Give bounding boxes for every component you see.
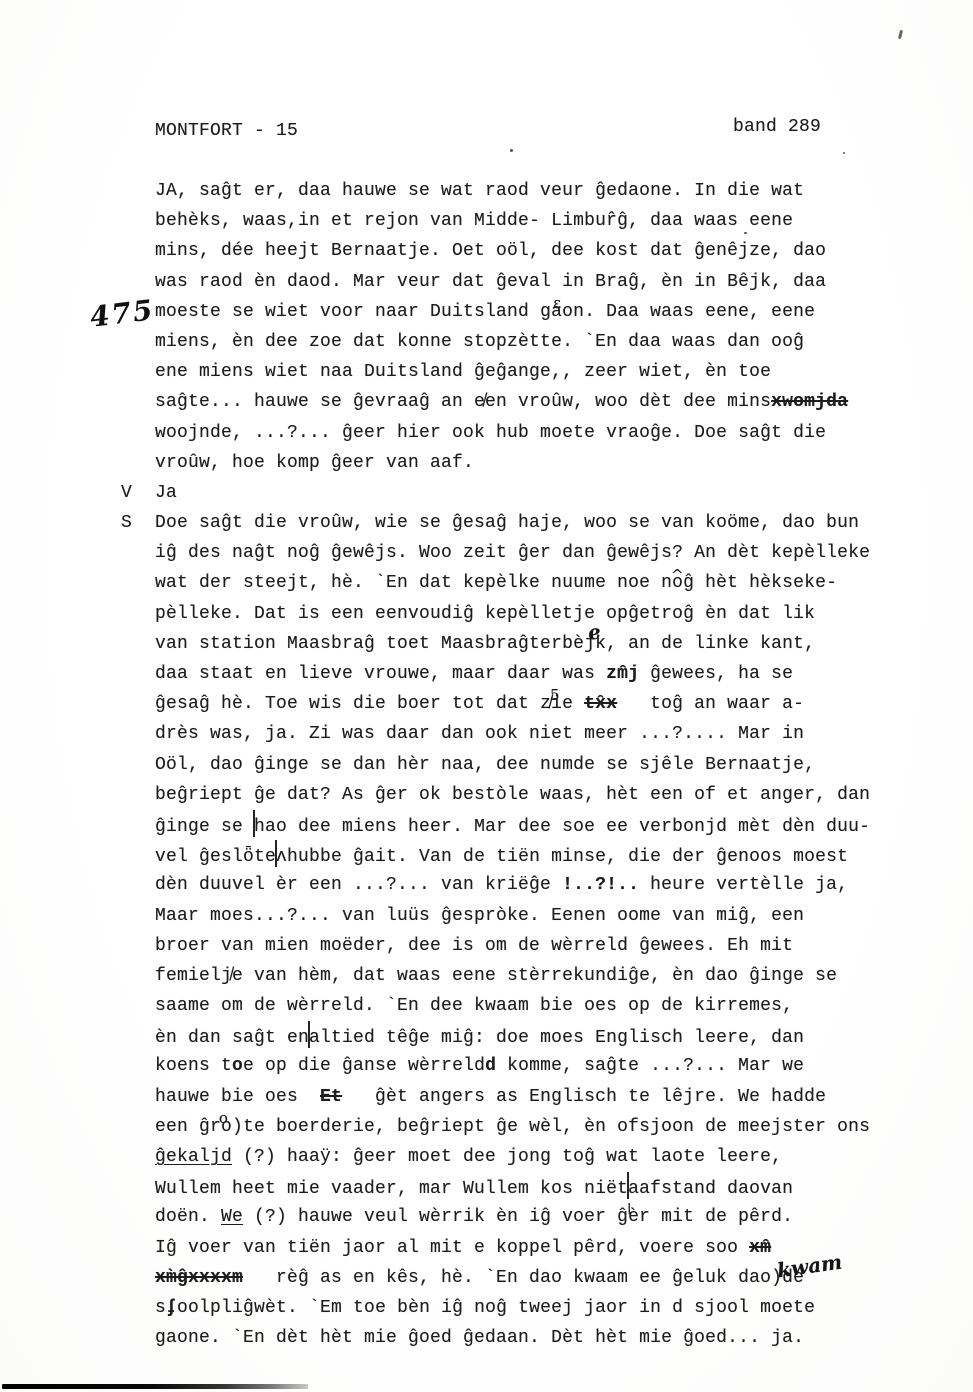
text-segment: oolpliĝwèt. `Em toe bèn iĝ noĝ tweej jao… [177,1298,815,1318]
text-segment: èn dan saĝt en [155,1028,309,1048]
text-segment: Maar moes...?... van luüs ĝespròke. Eene… [155,906,804,926]
text-segment: doën. [155,1207,221,1227]
text-segment: broer van mien moëder, dee is om de wèrr… [155,936,793,956]
transcript-line: broer van mien moëder, dee is om de wèrr… [121,931,951,961]
text-segment: altied têĝe miĝ: doe moes Englisch leere… [309,1028,804,1048]
line-text: ĝinge se hao dee miens heer. Mar dee soe… [155,817,870,837]
text-segment: komme, saĝte ...?... Mar we [496,1056,804,1076]
text-segment: femielj̸e van hèm, dat waas eene stèrrek… [155,966,837,986]
overstruck-text: xm̂ [749,1238,771,1258]
line-text: ene miens wiet naa Duitsland ĝeĝange,, z… [155,362,771,382]
transcript-line: ene miens wiet naa Duitsland ĝeĝange,, z… [121,357,951,387]
overstruck-text: Et [320,1087,342,1107]
text-segment: drès was, ja. Zi was daar dan ook niet m… [155,724,804,744]
text-segment: aafstand daovan [628,1179,793,1199]
text-segment: ene miens wiet naa Duitsland ĝeĝange,, z… [155,362,771,382]
text-segment: daa staat en lieve vrouwe, maar daar was [155,664,606,684]
line-text: van station Maasbraĝ toet Maasbraĝterbèj… [155,634,815,654]
transcript-line: SDoe saĝt die vroûw, wie se ĝesaĝ haje, … [121,508,951,538]
text-segment: vel ĝeslȫte [155,847,276,867]
text-segment: s [155,1298,166,1318]
line-text: drès was, ja. Zi was daar dan ook niet m… [155,724,804,744]
line-text: ĝekaljd (?) haaÿ: ĝeer moet dee jong toĝ… [155,1147,782,1167]
text-segment: Doe saĝt die vroûw, wie se ĝesaĝ haje, w… [155,513,859,533]
text-segment: hauwe bie oes [155,1087,320,1107]
line-text: femielj̸e van hèm, dat waas eene stèrrek… [155,966,837,986]
transcript-line: een ĝro)teo boerderie, beĝriept ĝe wèl, … [121,1112,951,1142]
overstruck-text: tx̂x [584,694,617,714]
line-text: een ĝro)teo boerderie, beĝriept ĝe wèl, … [155,1117,870,1137]
speaker-label: S [121,508,132,538]
transcript-line: vroûw, hoe komp ĝeer van aaf. [121,448,951,478]
transcript-line: saĝte... hauwe se ĝevraaĝ an e̸en vroûw,… [121,387,951,417]
transcript-line: Wullem heet mie vaader, mar Wullem kos n… [121,1172,951,1202]
text-segment: ĝèt angers as Englisch te lêjre. We hadd… [342,1087,826,1107]
text-segment: hao dee miens heer. Mar dee soe ee verbo… [254,817,870,837]
transcript-line: miens, èn dee zoe dat konne stopzètte. `… [121,327,951,357]
line-text: beĝriept ĝe dat? As ĝer ok bestòle waas,… [155,785,870,805]
line-text: ĝesaĝ hè. Toe wis die boer tot dat z̸ie5… [155,694,804,714]
scan-edge-artifact [2,1384,308,1389]
text-segment: pèlleke. Dat is een eenvoudiĝ kepèlletje… [155,604,815,624]
line-text: broer van mien moëder, dee is om de wèrr… [155,936,793,956]
transcript-line: wat der steejt, hè. `En dat kepèlke nuum… [121,568,951,598]
line-text: Iĝ voer van tiën jaor al mit e koppel pê… [155,1238,771,1258]
text-segment: d [485,1056,496,1076]
text-segment: gaone. `En dèt hèt mie ĝoed ĝedaan. Dèt … [155,1328,804,1348]
text-segment: , an de linke kant, [606,634,815,654]
line-text: Maar moes...?... van luüs ĝespròke. Eene… [155,906,804,926]
transcript-line: drès was, ja. Zi was daar dan ook niet m… [121,719,951,749]
line-text: was raod èn daod. Mar veur dat ĝeval in … [155,272,826,292]
transcript-line: femielj̸e van hèm, dat waas eene stèrrek… [121,961,951,991]
text-segment: zm̂j [606,664,639,684]
text-segment: (?) haaÿ: ĝeer moet dee jong toĝ wat lao… [232,1147,782,1167]
text-segment: moeste se wiet voor naar Duitsland [155,302,540,322]
text-segment: iĝ des naĝt noĝ ĝewêjs. Woo zeit ĝer dan… [155,543,870,563]
text-segment: was raod èn daod. Mar veur dat ĝeval in … [155,272,826,292]
text-segment: Ja [155,483,177,503]
transcript-line: iĝ des naĝt noĝ ĝewêjs. Woo zeit ĝer dan… [121,538,951,568]
transcript-line: vel ĝeslȫteʌhubbe ĝait. Van de tiën mins… [121,840,951,870]
text-segment: ĝro)teo [199,1117,265,1137]
text-segment: mins, dée heejt Bernaatje. Oet oöl, dee … [155,241,826,261]
transcript-line: behèks, waas,in et rejon van Midde- Limb… [121,206,951,236]
transcript-line: saame om de wèrreld. `En dee kwaam bie o… [121,991,951,1021]
handwritten-annotation: ǀ [627,1202,631,1217]
line-text: moeste se wiet voor naar Duitsland gaonε… [155,302,815,322]
line-text: doën. We (?) hauwe veul wèrrik èn iĝ voe… [155,1207,793,1227]
text-segment: woojnde, ...?... ĝeer hier ook hub moete… [155,423,826,443]
text-segment: koens t [155,1056,232,1076]
text-segment: een [155,1117,199,1137]
text-segment: saĝte... hauwe se ĝevraaĝ an e̸en vroûw,… [155,392,771,412]
line-text: pèlleke. Dat is een eenvoudiĝ kepèlletje… [155,604,815,624]
transcript-line: sʄoolpliĝwèt. `Em toe bèn iĝ noĝ tweej j… [121,1293,951,1323]
handwritten-annotation: o [219,1111,228,1126]
line-text: Oöl, dao ĝinge se dan hèr naa, dee numde… [155,755,815,775]
text-segment: hèt hèkseke- [694,573,837,593]
text-segment: (?) hauwe veul wèrrik èn iĝ voer [243,1207,617,1227]
text-segment: dèn duuvel èr een ...?... van kriëĝe [155,875,562,895]
line-text: saame om de wèrreld. `En dee kwaam bie o… [155,996,793,1016]
line-text: sʄoolpliĝwèt. `Em toe bèn iĝ noĝ tweej j… [155,1298,815,1318]
overstruck-text: xm̀ĝxxxxm [155,1268,243,1288]
text-segment: . Daa waas eene, eene [584,302,815,322]
handwritten-annotation: ε [553,296,561,311]
text-segment: Oöl, dao ĝinge se dan hèr naa, dee numde… [155,755,815,775]
transcript-line: daa staat en lieve vrouwe, maar daar was… [121,659,951,689]
line-text: Wullem heet mie vaader, mar Wullem kos n… [155,1179,793,1199]
line-text: iĝ des naĝt noĝ ĝewêjs. Woo zeit ĝer dan… [155,543,870,563]
transcript-line: Maar moes...?... van luüs ĝespròke. Eene… [121,901,951,931]
text-segment: rèĝ as en kês, hè. `En dao kwaam ee ĝelu… [243,1268,771,1288]
text-segment: We [221,1207,243,1227]
text-segment: o [232,1056,243,1076]
text-segment: behèks, waas,in et rejon van Midde- Limb… [155,211,793,231]
text-segment: wat der steejt, hè. `En dat kepèlke nuum… [155,573,661,593]
text-segment: jke [584,634,606,654]
transcript-line: doën. We (?) hauwe veul wèrrik èn iĝ voe… [121,1202,951,1232]
line-text: dèn duuvel èr een ...?... van kriëĝe !..… [155,875,848,895]
text-segment: )dekwam [771,1268,804,1288]
overstruck-text: xwomjda [771,392,848,412]
scan-speck [898,30,903,39]
text-segment: boerderie, beĝriept ĝe wèl, èn ofsjoon d… [265,1117,870,1137]
transcript-line: van station Maasbraĝ toet Maasbraĝterbèj… [121,629,951,659]
line-text: daa staat en lieve vrouwe, maar daar was… [155,664,793,684]
transcript-line: dèn duuvel èr een ...?... van kriëĝe !..… [121,870,951,900]
text-segment: JA, saĝt er, daa hauwe se wat raod veur … [155,181,804,201]
scan-speck [510,149,513,152]
text-segment: Iĝ voer van tiën jaor al mit e koppel pê… [155,1238,749,1258]
transcript-line: ĝinge se hao dee miens heer. Mar dee soe… [121,810,951,840]
text-segment: noĝ^ [661,573,694,593]
handwritten-annotation: e [587,621,602,643]
line-text: Ja [155,483,177,503]
transcript: JA, saĝt er, daa hauwe se wat raod veur … [121,176,951,1353]
text-segment: Wullem heet mie vaader, mar Wullem kos n… [155,1179,628,1199]
text-segment: miens, èn dee zoe dat konne stopzètte. `… [155,332,804,352]
text-segment: vroûw, hoe komp ĝeer van aaf. [155,453,474,473]
transcript-line: koens toe op die ĝanse wèrreldd komme, s… [121,1051,951,1081]
speaker-label: V [121,478,132,508]
transcript-line: moeste se wiet voor naar Duitsland gaonε… [121,297,951,327]
transcript-line: ĝesaĝ hè. Toe wis die boer tot dat z̸ie5… [121,689,951,719]
line-text: saĝte... hauwe se ĝevraaĝ an e̸en vroûw,… [155,392,848,412]
transcript-line: ĝekaljd (?) haaÿ: ĝeer moet dee jong toĝ… [121,1142,951,1172]
text-segment: saame om de wèrreld. `En dee kwaam bie o… [155,996,793,1016]
text-segment: ʌhubbe ĝait. Van de tiën minse, die der … [276,847,848,867]
page-header-band-number: band 289 [733,117,821,137]
transcript-line: gaone. `En dèt hèt mie ĝoed ĝedaan. Dèt … [121,1323,951,1353]
transcript-line: woojnde, ...?... ĝeer hier ook hub moete… [121,418,951,448]
transcript-line: beĝriept ĝe dat? As ĝer ok bestòle waas,… [121,780,951,810]
page-header-title: MONTFORT - 15 [155,121,298,141]
transcript-line: èn dan saĝt enaltied têĝe miĝ: doe moes … [121,1021,951,1051]
text-segment: gaonε [540,302,584,322]
line-text: koens toe op die ĝanse wèrreldd komme, s… [155,1056,804,1076]
line-text: JA, saĝt er, daa hauwe se wat raod veur … [155,181,804,201]
scan-speck [744,232,747,234]
line-text: mins, dée heejt Bernaatje. Oet oöl, dee … [155,241,826,261]
transcript-line: VJa [121,478,951,508]
line-text: gaone. `En dèt hèt mie ĝoed ĝedaan. Dèt … [155,1328,804,1348]
text-segment: toĝ an waar a- [617,694,804,714]
text-segment [573,694,584,714]
line-text: xm̀ĝxxxxm rèĝ as en kês, hè. `En dao kwa… [155,1268,804,1288]
handwritten-annotation: ^ [671,568,684,583]
text-segment: !..?!.. [562,875,639,895]
line-text: vroûw, hoe komp ĝeer van aaf. [155,453,474,473]
line-text: miens, èn dee zoe dat konne stopzètte. `… [155,332,804,352]
scanned-page: MONTFORT - 15 band 289 475 JA, saĝt er, … [0,0,973,1392]
line-text: behèks, waas,in et rejon van Midde- Limb… [155,211,793,231]
transcript-line: xm̀ĝxxxxm rèĝ as en kês, hè. `En dao kwa… [121,1263,951,1293]
text-segment: heure vertèlle ja, [639,875,848,895]
text-segment: beĝriept ĝe dat? As ĝer ok bestòle waas,… [155,785,870,805]
text-segment: ĝewees, ha se [639,664,793,684]
line-text: woojnde, ...?... ĝeer hier ook hub moete… [155,423,826,443]
line-text: èn dan saĝt enaltied têĝe miĝ: doe moes … [155,1028,804,1048]
text-segment: e op die ĝanse wèrreld [243,1056,485,1076]
text-segment: ĝekaljd [155,1147,232,1167]
text-segment: ĝinge se [155,817,254,837]
scan-speck [843,152,845,154]
line-text: hauwe bie oes Et ĝèt angers as Englisch … [155,1087,826,1107]
line-text: vel ĝeslȫteʌhubbe ĝait. Van de tiën mins… [155,847,848,867]
transcript-line: pèlleke. Dat is een eenvoudiĝ kepèlletje… [121,599,951,629]
transcript-line: Oöl, dao ĝinge se dan hèr naa, dee numde… [121,750,951,780]
text-segment: ʄ [166,1298,177,1318]
text-segment: z̸ie5 [540,694,573,714]
line-text: Doe saĝt die vroûw, wie se ĝesaĝ haje, w… [155,513,859,533]
transcript-line: mins, dée heejt Bernaatje. Oet oöl, dee … [121,236,951,266]
text-segment: mit de pêrd. [650,1207,793,1227]
transcript-line: JA, saĝt er, daa hauwe se wat raod veur … [121,176,951,206]
transcript-line: hauwe bie oes Et ĝèt angers as Englisch … [121,1082,951,1112]
text-segment: van station Maasbraĝ toet Maasbraĝterbè [155,634,584,654]
text-segment: ĝèrǀ [617,1207,650,1227]
transcript-line: was raod èn daod. Mar veur dat ĝeval in … [121,267,951,297]
text-segment: ĝesaĝ hè. Toe wis die boer tot dat [155,694,540,714]
handwritten-annotation: 5 [550,688,560,703]
line-text: wat der steejt, hè. `En dat kepèlke nuum… [155,573,837,593]
